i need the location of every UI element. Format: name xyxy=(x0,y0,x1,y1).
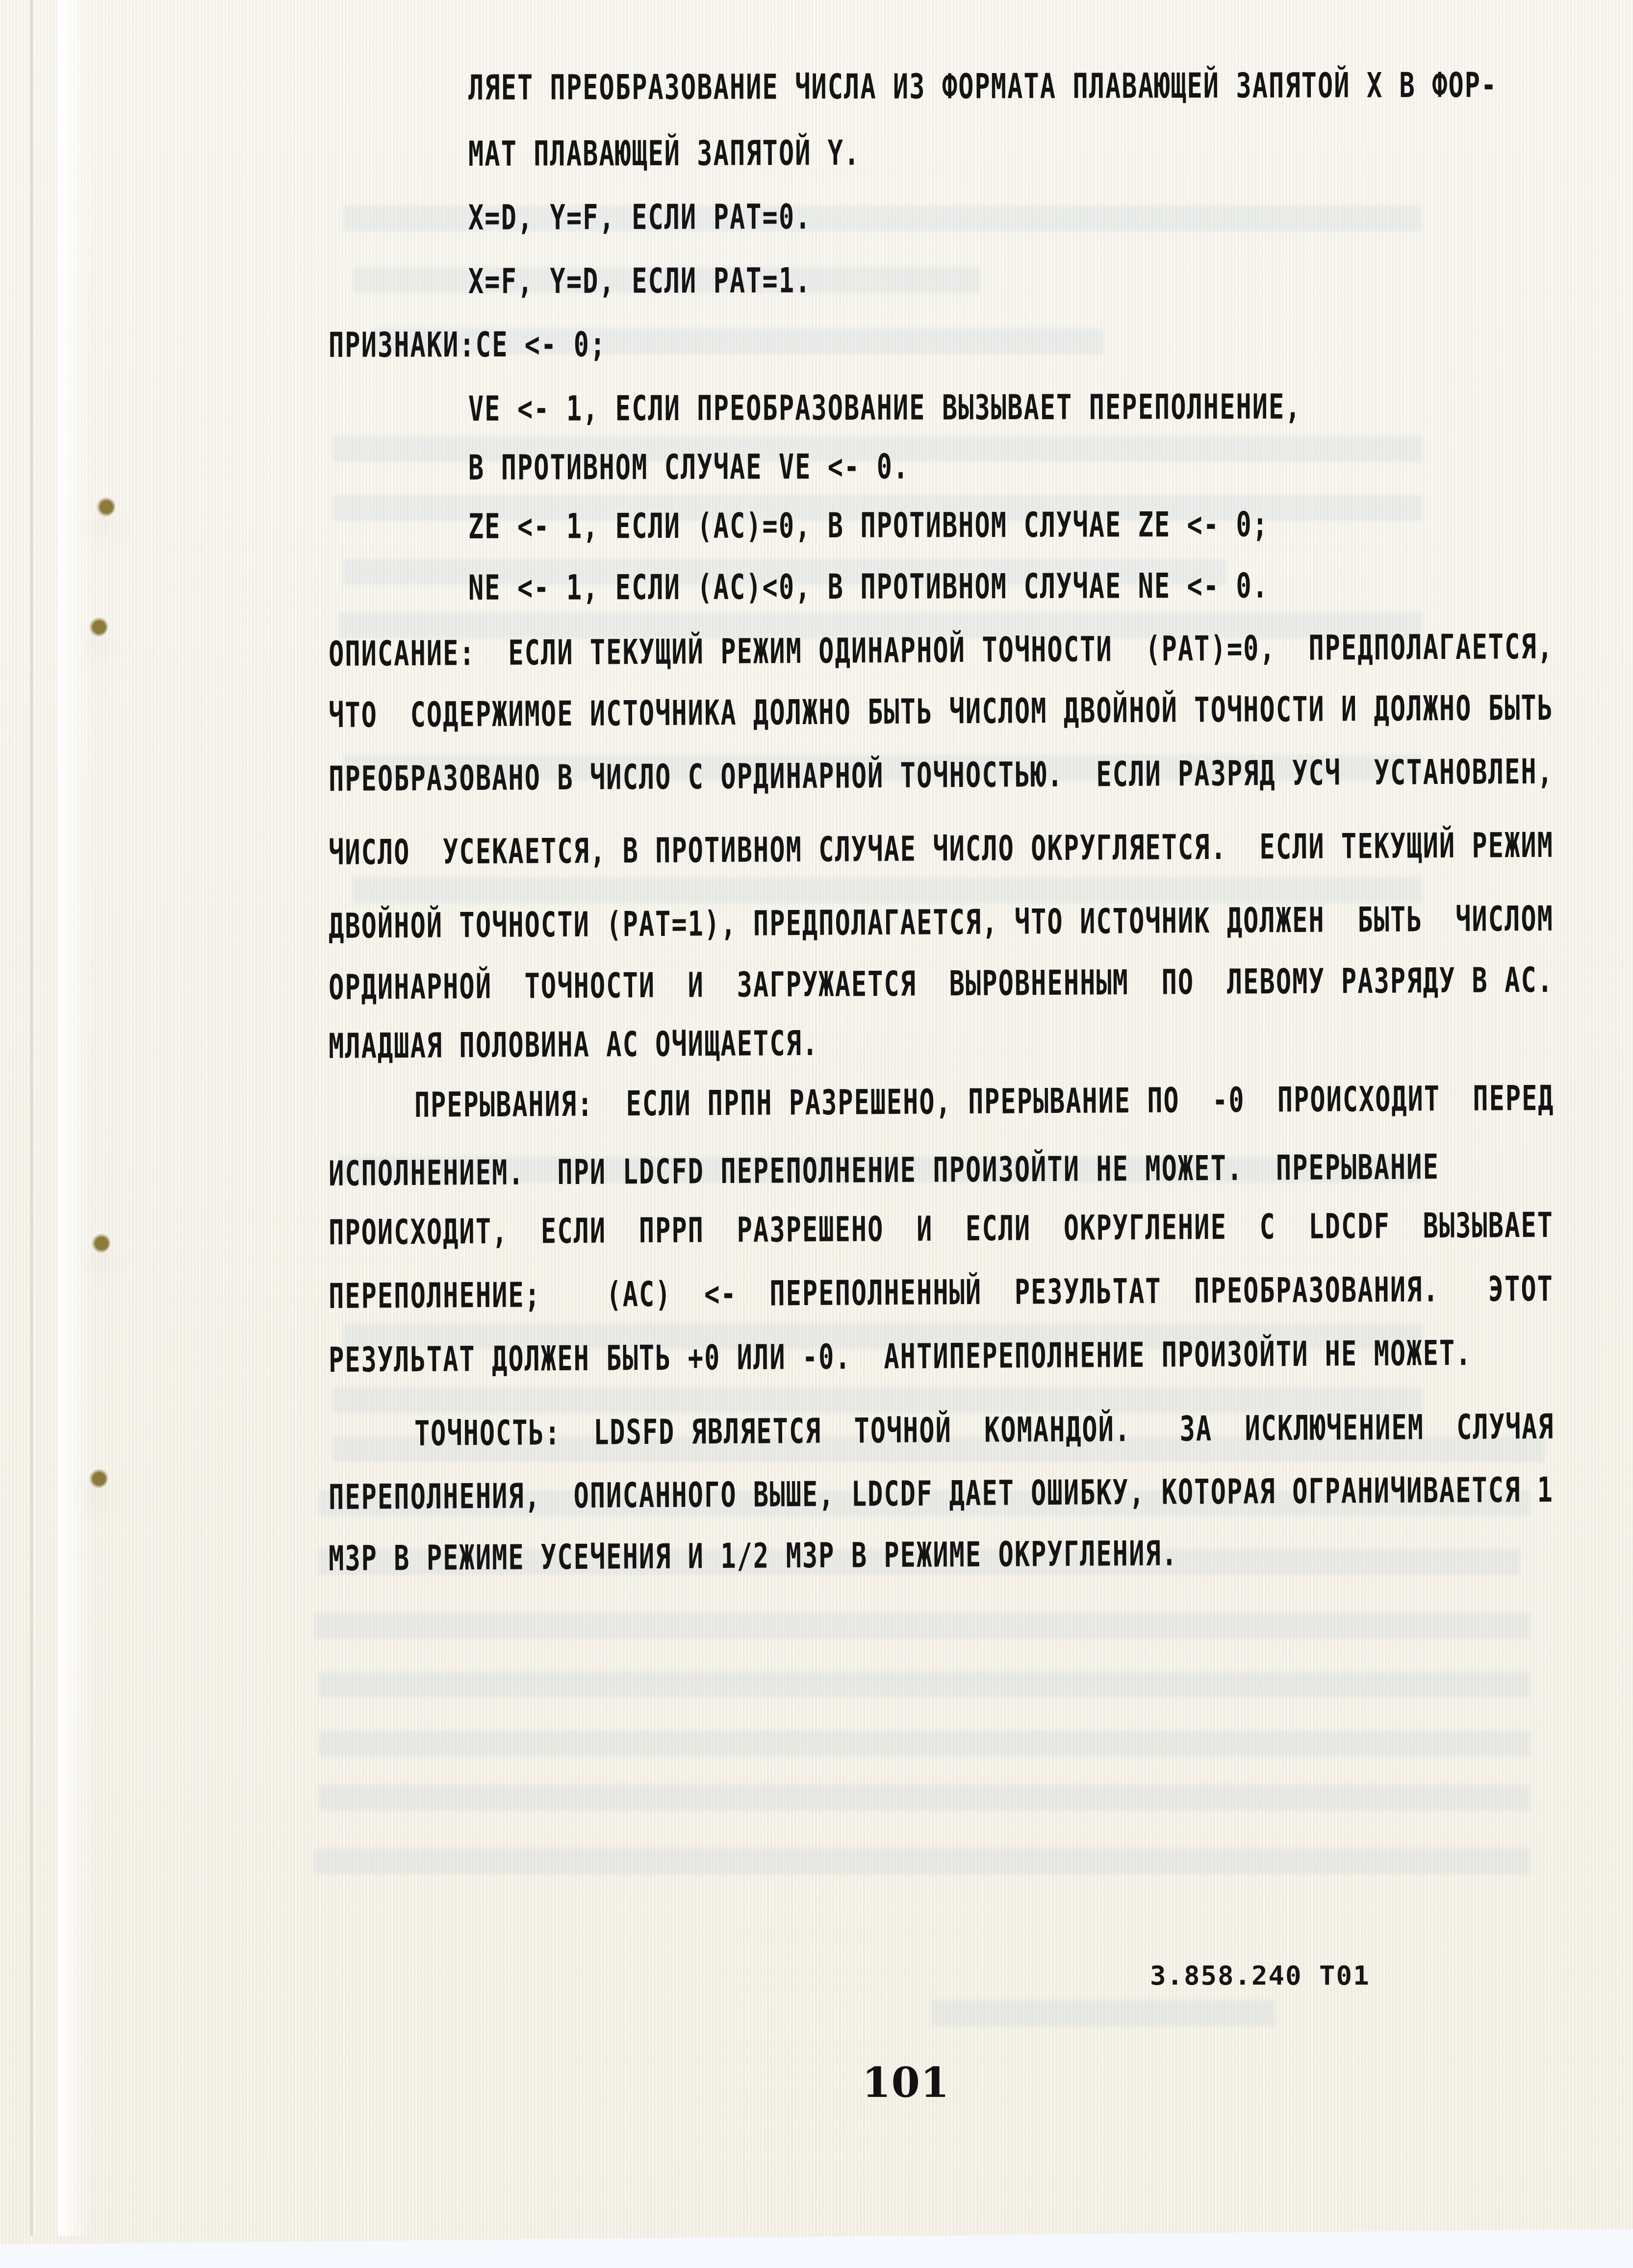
text-line: ПРОИСХОДИТ, ЕСЛИ ПРРП РАЗРЕШЕНО И ЕСЛИ О… xyxy=(329,1206,1554,1253)
text-line: ЧТО СОДЕРЖИМОЕ ИСТОЧНИКА ДОЛЖНО БЫТЬ ЧИС… xyxy=(329,688,1554,735)
text-line: ПРЕОБРАЗОВАНО В ЧИСЛО С ОРДИНАРНОЙ ТОЧНО… xyxy=(329,752,1554,799)
text-line: ПЕРЕПОЛНЕНИЯ, ОПИСАННОГО ВЫШЕ, LDCDF ДАЕ… xyxy=(329,1470,1554,1517)
document-code: 3.858.240 T01 xyxy=(1150,1960,1370,1991)
text-line: РЕЗУЛЬТАТ ДОЛЖЕН БЫТЬ +0 ИЛИ -0. АНТИПЕР… xyxy=(329,1334,1472,1380)
text-line: МЗР В РЕЖИМЕ УСЕЧЕНИЯ И 1/2 МЗР В РЕЖИМЕ… xyxy=(329,1534,1178,1579)
text-line: ТОЧНОСТЬ: LDSFD ЯВЛЯЕТСЯ ТОЧНОЙ КОМАНДОЙ… xyxy=(414,1407,1555,1454)
show-through-smudge xyxy=(353,878,1422,903)
binding-hole xyxy=(88,615,108,637)
binding-hole xyxy=(96,495,115,517)
text-line: X=F, Y=D, ЕСЛИ РАТ=1. xyxy=(468,261,812,302)
show-through-smudge xyxy=(319,1672,1530,1697)
text-line: ДВОЙНОЙ ТОЧНОСТИ (РАТ=1), ПРЕДПОЛАГАЕТСЯ… xyxy=(329,899,1554,946)
text-line: ПЕРЕПОЛНЕНИЕ; (AC) <- ПЕРЕПОЛНЕННЫЙ РЕЗУ… xyxy=(329,1269,1554,1316)
text-line: ОРДИНАРНОЙ ТОЧНОСТИ И ЗАГРУЖАЕТСЯ ВЫРОВН… xyxy=(329,960,1554,1008)
text-line: ZE <- 1, ЕСЛИ (AC)=0, В ПРОТИВНОМ СЛУЧАЕ… xyxy=(468,505,1269,547)
show-through-smudge xyxy=(932,2000,1275,2026)
text-line: ЧИСЛО УСЕКАЕТСЯ, В ПРОТИВНОМ СЛУЧАЕ ЧИСЛ… xyxy=(329,826,1554,873)
text-line: ЛЯЕТ ПРЕОБРАЗОВАНИЕ ЧИСЛА ИЗ ФОРМАТА ПЛА… xyxy=(468,66,1498,108)
binding-hole xyxy=(88,1467,108,1488)
text-line: X=D, Y=F, ЕСЛИ РАТ=0. xyxy=(468,198,812,238)
text-line: ОПИСАНИЕ: ЕСЛИ ТЕКУЩИЙ РЕЖИМ ОДИНАРНОЙ Т… xyxy=(329,627,1554,674)
text-line: NE <- 1, ЕСЛИ (AC)<0, В ПРОТИВНОМ СЛУЧАЕ… xyxy=(468,566,1269,608)
binding-hole xyxy=(91,1232,110,1253)
text-line: В ПРОТИВНОМ СЛУЧАЕ VE <- 0. xyxy=(468,447,909,488)
text-line: ПРИЗНАКИ:CE <- 0; xyxy=(329,325,606,365)
binding-fold xyxy=(29,0,34,2236)
text-line: ИСПОЛНЕНИЕМ. ПРИ LDCFD ПЕРЕПОЛНЕНИЕ ПРОИ… xyxy=(329,1148,1439,1194)
show-through-smudge xyxy=(314,1848,1530,1874)
text-line: VE <- 1, ЕСЛИ ПРЕОБРАЗОВАНИЕ ВЫЗЫВАЕТ ПЕ… xyxy=(468,387,1301,429)
page-number: 101 xyxy=(862,2058,949,2107)
text-line: ПРЕРЫВАНИЯ: ЕСЛИ ПРПН РАЗРЕШЕНО, ПРЕРЫВА… xyxy=(414,1079,1555,1125)
binding-highlight xyxy=(58,0,92,2236)
show-through-smudge xyxy=(319,1731,1530,1756)
show-through-smudge xyxy=(314,1613,1530,1638)
text-line: МАТ ПЛАВАЮЩЕЙ ЗАПЯТОЙ Y. xyxy=(468,133,861,174)
text-line: МЛАДШАЯ ПОЛОВИНА AC ОЧИЩАЕТСЯ. xyxy=(329,1024,819,1066)
show-through-smudge xyxy=(319,1785,1530,1810)
